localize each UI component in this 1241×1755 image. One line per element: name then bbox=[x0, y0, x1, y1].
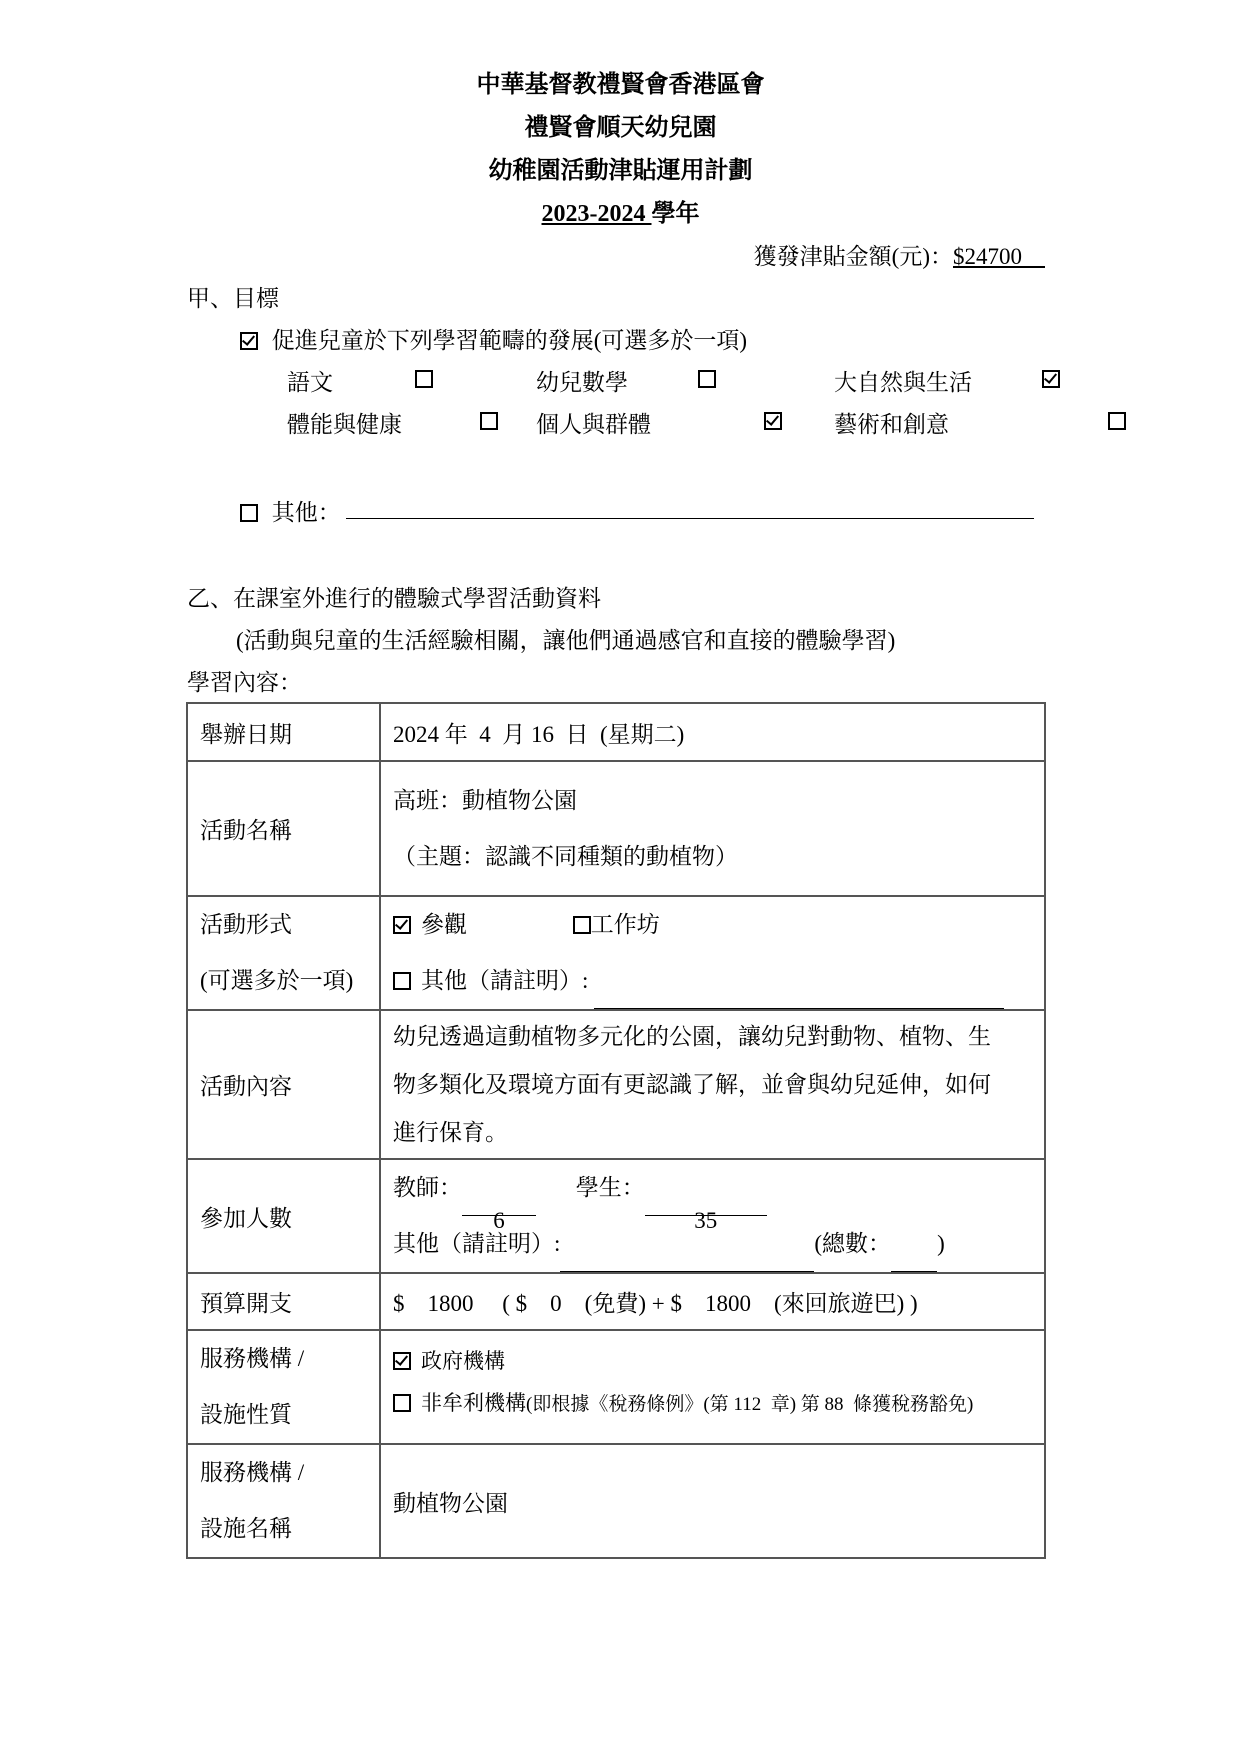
org-title: 中華基督教禮賢會香港區會 bbox=[0, 64, 1241, 99]
table-row-activity-name: 活動名稱 高班：動植物公園 （主題：認識不同種類的動植物） bbox=[187, 761, 1045, 896]
format-workshop-option[interactable]: 工作坊 bbox=[573, 912, 660, 937]
format-visit-option[interactable]: 參觀 bbox=[393, 912, 467, 937]
domain-label: 語文 bbox=[287, 370, 333, 395]
table-row-provider-name: 服務機構 / 設施名稱 動植物公園 bbox=[187, 1444, 1045, 1558]
provider-type-label-line1: 服務機構 / bbox=[200, 1331, 367, 1387]
provider-government-label: 政府機構 bbox=[421, 1349, 505, 1373]
checkbox-unchecked-icon[interactable] bbox=[393, 1394, 411, 1412]
domain-label: 體能與健康 bbox=[287, 412, 402, 437]
school-year: 2023-2024 學年 bbox=[0, 193, 1241, 228]
provider-name-label-line2: 設施名稱 bbox=[200, 1501, 367, 1557]
checkbox-checked-icon[interactable] bbox=[240, 332, 258, 350]
domain-arts-creativity[interactable]: 藝術和創意 bbox=[834, 406, 949, 439]
grant-amount: 獲發津貼金額(元)：$24700 bbox=[754, 238, 1045, 271]
checkbox-unchecked-icon[interactable] bbox=[573, 916, 591, 934]
students-count[interactable]: 35 bbox=[645, 1193, 767, 1216]
activity-name-value: 高班：動植物公園 （主題：認識不同種類的動植物） bbox=[380, 761, 1045, 896]
provider-nonprofit-note: (即根據《稅務條例》(第 112 章) 第 88 條獲稅務豁免) bbox=[526, 1394, 973, 1415]
activity-content-line3: 進行保育。 bbox=[393, 1109, 1032, 1157]
domain-label: 個人與群體 bbox=[536, 412, 651, 437]
domain-math[interactable]: 幼兒數學 bbox=[536, 364, 628, 397]
activity-name-theme: （主題：認識不同種類的動植物） bbox=[393, 829, 1032, 885]
provider-name-label-line1: 服務機構 / bbox=[200, 1445, 367, 1501]
domain-self-society[interactable]: 個人與群體 bbox=[536, 406, 651, 439]
checkbox-unchecked-icon[interactable] bbox=[480, 412, 498, 430]
provider-name-label: 服務機構 / 設施名稱 bbox=[187, 1444, 380, 1558]
objective-main-option[interactable]: 促進兒童於下列學習範疇的發展(可選多於一項) bbox=[240, 322, 747, 355]
objective-other-option[interactable]: 其他： bbox=[240, 494, 341, 527]
domain-label: 藝術和創意 bbox=[834, 412, 949, 437]
activity-table: 舉辦日期 2024 年 4 月 16 日 (星期二) 活動名稱 高班：動植物公園… bbox=[186, 702, 1046, 1559]
table-row-activity-content: 活動內容 幼兒透過這動植物多元化的公園，讓幼兒對動物、植物、生 物多類化及環境方… bbox=[187, 1010, 1045, 1159]
date-value: 2024 年 4 月 16 日 (星期二) bbox=[380, 703, 1045, 761]
objective-main-label: 促進兒童於下列學習範疇的發展(可選多於一項) bbox=[272, 328, 747, 353]
other-participants-input[interactable] bbox=[560, 1249, 814, 1272]
table-row-date: 舉辦日期 2024 年 4 月 16 日 (星期二) bbox=[187, 703, 1045, 761]
checkbox-checked-icon[interactable] bbox=[393, 1352, 411, 1370]
domain-label: 大自然與生活 bbox=[834, 370, 972, 395]
domain-physical-health[interactable]: 體能與健康 bbox=[287, 406, 402, 439]
domain-language[interactable]: 語文 bbox=[287, 364, 333, 397]
checkbox-checked-icon[interactable] bbox=[764, 412, 782, 430]
budget-label: 預算開支 bbox=[187, 1273, 380, 1330]
checkbox-unchecked-icon[interactable] bbox=[698, 370, 716, 388]
total-close: ) bbox=[937, 1231, 945, 1256]
objective-other-input[interactable] bbox=[346, 496, 1034, 519]
domain-label: 幼兒數學 bbox=[536, 370, 628, 395]
checkbox-checked-icon[interactable] bbox=[393, 916, 411, 934]
provider-name-value: 動植物公園 bbox=[380, 1444, 1045, 1558]
activity-content-value: 幼兒透過這動植物多元化的公園，讓幼兒對動物、植物、生 物多類化及環境方面有更認識… bbox=[380, 1010, 1045, 1159]
table-row-participants: 參加人數 教師：6 學生：35 其他（請註明）:(總數：) bbox=[187, 1159, 1045, 1273]
format-other-option[interactable]: 其他（請註明）: bbox=[393, 953, 1032, 1009]
year-number: 2023-2024 bbox=[542, 201, 652, 227]
provider-nonprofit-label: 非牟利機構 bbox=[421, 1391, 526, 1415]
checkbox-unchecked-icon[interactable] bbox=[393, 972, 411, 990]
provider-type-label: 服務機構 / 設施性質 bbox=[187, 1330, 380, 1444]
participants-label: 參加人數 bbox=[187, 1159, 380, 1273]
grant-value: $24700 bbox=[953, 244, 1045, 269]
domain-nature-life[interactable]: 大自然與生活 bbox=[834, 364, 972, 397]
teachers-label: 教師： bbox=[393, 1175, 462, 1200]
section-a-heading: 甲、目標 bbox=[187, 280, 279, 313]
table-row-activity-format: 活動形式 (可選多於一項) 參觀 工作坊 其他（請註明）: bbox=[187, 896, 1045, 1010]
year-suffix: 學年 bbox=[652, 201, 700, 227]
activity-name-label: 活動名稱 bbox=[187, 761, 380, 896]
provider-type-options: 政府機構 非牟利機構(即根據《稅務條例》(第 112 章) 第 88 條獲稅務豁… bbox=[380, 1330, 1045, 1444]
students-label: 學生： bbox=[576, 1175, 645, 1200]
school-name: 禮賢會順天幼兒園 bbox=[0, 107, 1241, 142]
format-workshop-label: 工作坊 bbox=[591, 912, 660, 937]
format-other-input[interactable] bbox=[594, 986, 1004, 1009]
table-row-provider-type: 服務機構 / 設施性質 政府機構 非牟利機構(即根據《稅務條例》(第 112 章… bbox=[187, 1330, 1045, 1444]
provider-nonprofit-option[interactable]: 非牟利機構(即根據《稅務條例》(第 112 章) 第 88 條獲稅務豁免) bbox=[393, 1383, 1032, 1425]
other-participants-label: 其他（請註明）: bbox=[393, 1231, 560, 1256]
activity-format-label-line1: 活動形式 bbox=[200, 897, 367, 953]
budget-value: $ 1800 ( $ 0 (免費) + $ 1800 (來回旅遊巴) ) bbox=[380, 1273, 1045, 1330]
checkbox-unchecked-icon[interactable] bbox=[1108, 412, 1126, 430]
activity-content-line1: 幼兒透過這動植物多元化的公園，讓幼兒對動物、植物、生 bbox=[393, 1013, 1032, 1061]
activity-format-label: 活動形式 (可選多於一項) bbox=[187, 896, 380, 1010]
section-b-heading: 乙、在課室外進行的體驗式學習活動資料 bbox=[187, 580, 601, 613]
section-b-subheading: (活動與兒童的生活經驗相關，讓他們通過感官和直接的體驗學習) bbox=[236, 622, 895, 655]
grant-label: 獲發津貼金額(元)： bbox=[754, 244, 953, 269]
table-row-budget: 預算開支 $ 1800 ( $ 0 (免費) + $ 1800 (來回旅遊巴) … bbox=[187, 1273, 1045, 1330]
checkbox-unchecked-icon[interactable] bbox=[415, 370, 433, 388]
teachers-count[interactable]: 6 bbox=[462, 1193, 536, 1216]
learning-content-label: 學習內容： bbox=[187, 664, 302, 697]
date-label: 舉辦日期 bbox=[187, 703, 380, 761]
total-label: (總數： bbox=[814, 1231, 891, 1256]
total-input[interactable] bbox=[891, 1249, 937, 1272]
format-other-label: 其他（請註明）: bbox=[421, 968, 588, 993]
objective-other-label: 其他： bbox=[272, 500, 341, 525]
provider-government-option[interactable]: 政府機構 bbox=[393, 1339, 1032, 1383]
provider-type-label-line2: 設施性質 bbox=[200, 1387, 367, 1443]
format-visit-label: 參觀 bbox=[421, 912, 467, 937]
activity-content-label: 活動內容 bbox=[187, 1010, 380, 1159]
activity-content-line2: 物多類化及環境方面有更認識了解，並會與幼兒延伸，如何 bbox=[393, 1061, 1032, 1109]
participants-value: 教師：6 學生：35 其他（請註明）:(總數：) bbox=[380, 1159, 1045, 1273]
checkbox-checked-icon[interactable] bbox=[1042, 370, 1060, 388]
activity-format-label-line2: (可選多於一項) bbox=[200, 953, 367, 1009]
checkbox-unchecked-icon[interactable] bbox=[240, 504, 258, 522]
activity-name-line1: 高班：動植物公園 bbox=[393, 773, 1032, 829]
plan-title: 幼稚園活動津貼運用計劃 bbox=[0, 150, 1241, 185]
activity-format-options: 參觀 工作坊 其他（請註明）: bbox=[380, 896, 1045, 1010]
